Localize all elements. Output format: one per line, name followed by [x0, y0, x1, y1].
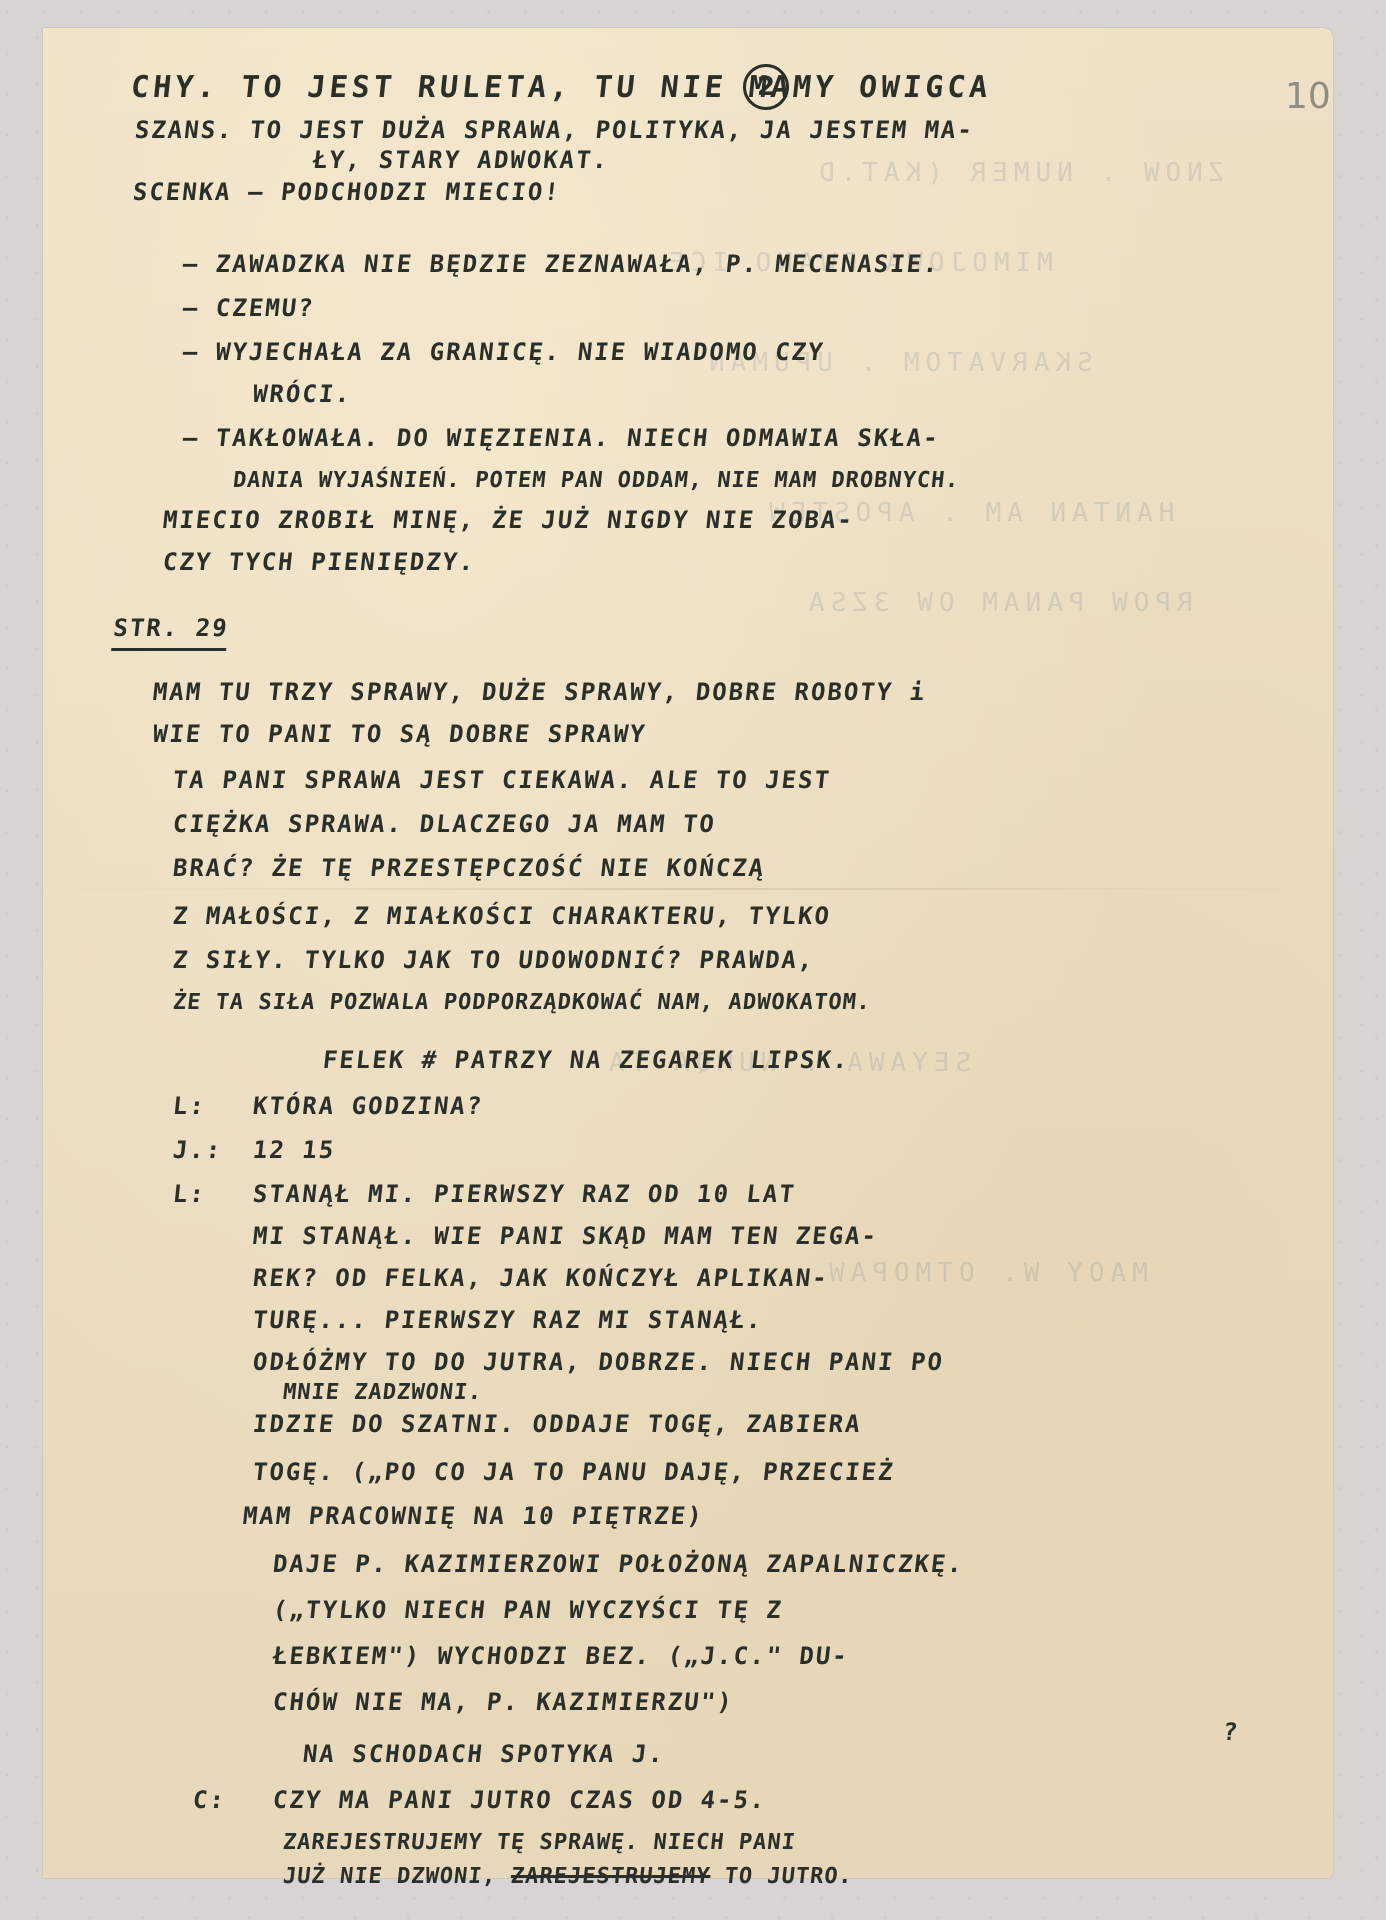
text-line: DAJE P. KAZIMIERZOWI POŁOŻONĄ ZAPALNICZK…	[272, 1550, 966, 1578]
text-line: TOGĘ. („PO CO JA TO PANU DAJĘ, PRZECIEŻ	[252, 1458, 896, 1486]
dialogue-line: L:KTÓRA GODZINA?	[172, 1092, 485, 1120]
dialogue-line: L:STANĄŁ MI. PIERWSZY RAZ OD 10 LAT	[172, 1180, 798, 1208]
dialogue-line: – TAKŁOWAŁA. DO WIĘZIENIA. NIECH ODMAWIA…	[182, 424, 942, 452]
speaker-label: L:	[172, 1092, 255, 1120]
dialogue-text: KTÓRA GODZINA?	[252, 1092, 485, 1120]
manuscript-page: ZNOW . NUMER (KAT.D MIMOJOWA PWANO ICE S…	[43, 28, 1333, 1878]
text-line: MNIE ZADZWONI.	[282, 1380, 484, 1405]
text-line: ZAREJESTRUJEMY TĘ SPRAWĘ. NIECH PANI	[282, 1830, 797, 1855]
text-line: MIECIO ZROBIŁ MINĘ, ŻE JUŻ NIGDY NIE ZOB…	[162, 506, 856, 534]
text-line: ODŁÓŻMY TO DO JUTRA, DOBRZE. NIECH PANI …	[252, 1348, 946, 1376]
speaker-label: L:	[172, 1180, 255, 1208]
dialogue-text: STANĄŁ MI. PIERWSZY RAZ OD 10 LAT	[252, 1180, 798, 1208]
text-fragment: JUŻ NIE DZWONI,	[282, 1864, 513, 1889]
bleed-through-text: RPOW PANAM OW 3ZSA	[803, 588, 1193, 618]
text-line: TA PANI SPRAWA JEST CIEKAWA. ALE TO JEST	[172, 766, 833, 794]
text-line: CHÓW NIE MA, P. KAZIMIERZU")	[272, 1688, 736, 1716]
margin-question-mark: ?	[1222, 1718, 1241, 1746]
dialogue-line: DANIA WYJAŚNIEŃ. POTEM PAN ODDAM, NIE MA…	[232, 468, 961, 493]
section-heading: STR. 29	[111, 614, 230, 651]
text-line: IDZIE DO SZATNI. ODDAJE TOGĘ, ZABIERA	[252, 1410, 864, 1438]
speaker-label: J.:	[172, 1136, 255, 1164]
text-line: BRAĆ? ŻE TĘ PRZESTĘPCZOŚĆ NIE KOŃCZĄ	[172, 854, 767, 882]
text-line: TURĘ... PIERWSZY RAZ MI STANĄŁ.	[252, 1306, 765, 1334]
dialogue-line: J.:12 15	[172, 1136, 337, 1164]
text-line: CHY. TO JEST RULETA, TU NIE MAMY OWIGCA	[129, 70, 993, 105]
scene-label: SCENKA	[132, 178, 234, 206]
text-line: CIĘŻKA SPRAWA. DLACZEGO JA MAM TO	[172, 810, 718, 838]
text-line: MI STANĄŁ. WIE PANI SKĄD MAM TEN ZEGA-	[252, 1222, 880, 1250]
text-line: REK? OD FELKA, JAK KOŃCZYŁ APLIKAN-	[252, 1264, 831, 1292]
struck-out-text: ZAREJESTRUJEMY	[510, 1864, 712, 1889]
paper-fold	[43, 888, 1333, 890]
text-line: Z SIŁY. TYLKO JAK TO UDOWODNIĆ? PRAWDA,	[172, 946, 816, 974]
text-line: WIE TO PANI TO SĄ DOBRE SPRAWY	[152, 720, 648, 748]
text-line: ŁEBKIEM") WYCHODZI BEZ. („J.C." DU-	[272, 1642, 851, 1670]
text-line: MAM TU TRZY SPRAWY, DUŻE SPRAWY, DOBRE R…	[152, 678, 928, 706]
text-line: Z MAŁOŚCI, Z MIAŁKOŚCI CHARAKTERU, TYLKO	[172, 902, 833, 930]
dialogue-line: – WYJECHAŁA ZA GRANICĘ. NIE WIADOMO CZY	[182, 338, 826, 366]
stage-direction: NA SCHODACH SPOTYKA J.	[302, 1740, 667, 1768]
dialogue-text: CZY MA PANI JUTRO CZAS OD 4-5.	[272, 1786, 768, 1814]
text-line: CZY TYCH PIENIĘDZY.	[162, 548, 477, 576]
speaker-label: C:	[192, 1786, 275, 1814]
stage-direction: FELEK # PATRZY NA ZEGAREK LIPSK.	[322, 1046, 851, 1074]
bleed-through-text: ZNOW . NUMER (KAT.D	[813, 158, 1224, 188]
text-line: SZANS. TO JEST DUŻA SPRAWA, POLITYKA, JA…	[134, 116, 976, 144]
dialogue-line: – CZEMU?	[182, 294, 317, 322]
text-line: ŻE TA SIŁA POZWALA PODPORZĄDKOWAĆ NAM, A…	[172, 990, 873, 1015]
text-fragment: TO JUTRO.	[709, 1864, 854, 1889]
text-line: ŁY, STARY ADWOKAT.	[312, 146, 611, 174]
dialogue-text: 12 15	[252, 1136, 337, 1164]
dialogue-line: WRÓCI.	[252, 380, 354, 408]
dialogue-line: C:CZY MA PANI JUTRO CZAS OD 4-5.	[192, 1786, 768, 1814]
scene-heading: SCENKA – PODCHODZI MIECIO!	[132, 178, 563, 206]
bleed-through-text: MAOY W. OTMOPAW	[823, 1258, 1148, 1288]
text-line: MAM PRACOWNIĘ NA 10 PIĘTRZE)	[242, 1502, 706, 1530]
text-line: („TYLKO NIECH PAN WYCZYŚCI TĘ Z	[272, 1596, 785, 1624]
scene-description: – PODCHODZI MIECIO!	[247, 178, 562, 206]
dialogue-line: – ZAWADZKA NIE BĘDZIE ZEZNAWAŁA, P. MECE…	[182, 250, 942, 278]
text-line: JUŻ NIE DZWONI, ZAREJESTRUJEMY TO JUTRO.	[282, 1864, 854, 1889]
archive-folio-number: 10	[1285, 76, 1331, 117]
